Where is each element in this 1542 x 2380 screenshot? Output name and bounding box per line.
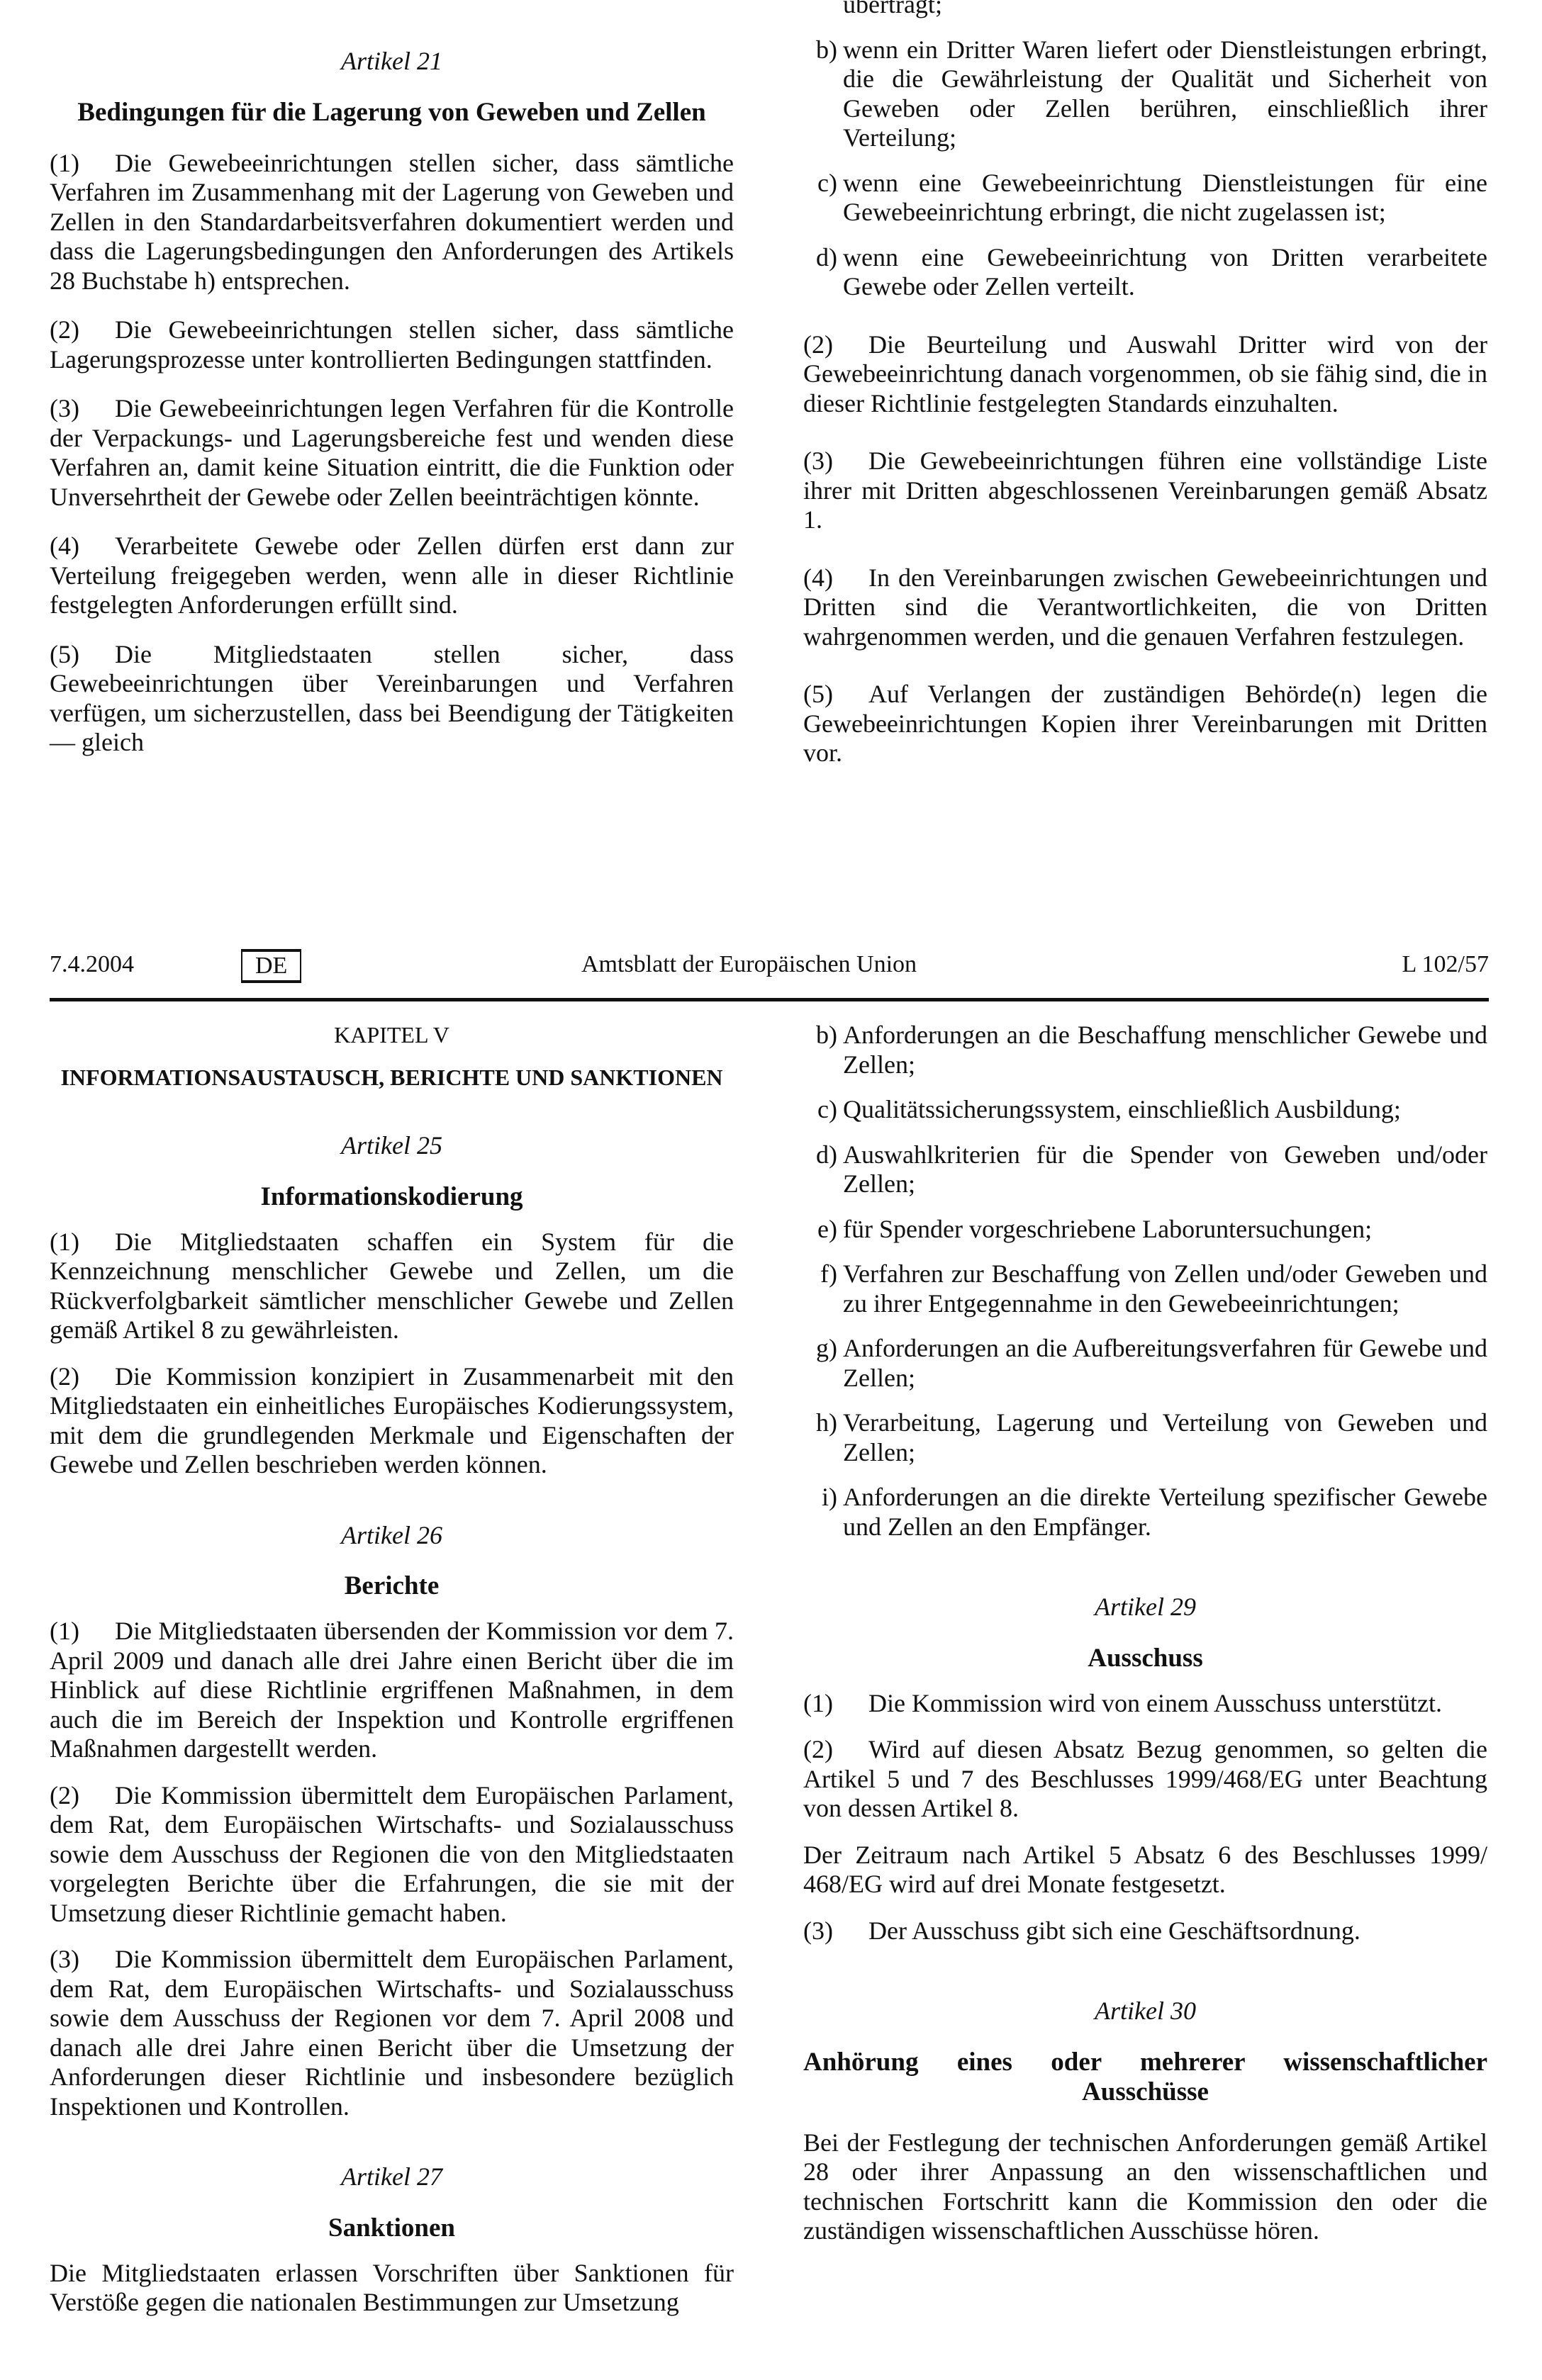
article-25-label: Artikel 25 [50, 1131, 734, 1161]
bottom-left-column: KAPITEL V INFORMATIONSAUSTAUSCH, BERICHT… [50, 1021, 734, 2318]
paragraph: Die Mitgliedstaaten erlassen Vorschrifte… [50, 2259, 734, 2318]
article-26-label: Artikel 26 [50, 1521, 734, 1551]
article-21-title: Bedingungen für die Lagerung von Geweben… [50, 98, 734, 128]
article-25-title: Informationskodierung [50, 1182, 734, 1212]
article-26-title: Berichte [50, 1571, 734, 1601]
paragraph: (1)Die Mitgliedstaaten schaffen ein Syst… [50, 1228, 734, 1345]
chapter-title: INFORMATIONSAUSTAUSCH, BERICHTE UND SANK… [50, 1063, 734, 1091]
top-left-column: Artikel 21 Bedingungen für die Lagerung … [50, 47, 734, 758]
article-27-title: Sanktionen [50, 2213, 734, 2243]
list-item: i)Anforderungen an die direkte Verteilun… [803, 1483, 1487, 1542]
paragraph: (5)Auf Verlangen der zuständigen Behörde… [803, 680, 1487, 768]
paragraph: Bei der Festlegung der technischen Anfor… [803, 2128, 1487, 2246]
paragraph: (4)Verarbeitete Gewebe oder Zellen dürfe… [50, 532, 734, 620]
paragraph: (3)Die Gewebeeinrichtungen führen eine v… [803, 447, 1487, 535]
paragraph: (5)Die Mitgliedstaaten stellen sicher, d… [50, 640, 734, 758]
article-29-title: Ausschuss [803, 1644, 1487, 1673]
list-item: c)wenn eine Gewebeeinrichtung Dienstleis… [803, 169, 1487, 228]
list-item: d)Auswahlkriterien für die Spender von G… [803, 1140, 1487, 1199]
paragraph: (2)Die Beurteilung und Auswahl Dritter w… [803, 330, 1487, 419]
list-item: g)Anforderungen an die Aufbereitungsverf… [803, 1334, 1487, 1393]
journal-title: Amtsblatt der Europäischen Union [581, 946, 917, 983]
list-item: c)Qualitätssicherungssystem, einschließl… [803, 1095, 1487, 1125]
list-item: d)wenn eine Gewebeeinrichtung von Dritte… [803, 243, 1487, 302]
paragraph: (2)Die Kommission übermittelt dem Europä… [50, 1781, 734, 1929]
paragraph: (2)Die Gewebeeinrichtungen stellen siche… [50, 315, 734, 374]
continuation-text: überträgt; [803, 0, 1487, 20]
page-reference: L 102/57 [1402, 946, 1489, 983]
list-item: f)Verfahren zur Beschaffung von Zellen u… [803, 1259, 1487, 1318]
article-30-label: Artikel 30 [803, 1997, 1487, 2026]
paragraph: (3)Der Ausschuss gibt sich eine Geschäft… [803, 1916, 1487, 1946]
issue-date: 7.4.2004 [50, 946, 134, 983]
article-21-label: Artikel 21 [50, 47, 734, 77]
paragraph: Der Zeitraum nach Artikel 5 Absatz 6 des… [803, 1841, 1487, 1899]
language-badge: DE [241, 949, 301, 983]
page-header: 7.4.2004 DE Amtsblatt der Europäischen U… [50, 946, 1489, 983]
list-item: b)wenn ein Dritter Waren liefert oder Di… [803, 35, 1487, 153]
paragraph: (4)In den Vereinbarungen zwischen Gewebe… [803, 563, 1487, 652]
paragraph: (2)Die Kommission konzipiert in Zusammen… [50, 1362, 734, 1480]
paragraph: (1)Die Kommission wird von einem Ausschu… [803, 1689, 1487, 1719]
article-29-label: Artikel 29 [803, 1593, 1487, 1622]
paragraph: (3)Die Gewebeeinrichtungen legen Verfahr… [50, 394, 734, 512]
header-rule [50, 998, 1489, 1001]
bottom-right-column: b)Anforderungen an die Beschaffung mensc… [803, 1021, 1487, 2246]
paragraph: (3)Die Kommission übermittelt dem Europä… [50, 1945, 734, 2121]
article-30-title: Anhörung eines oder mehrerer wissenschaf… [803, 2048, 1487, 2107]
list-item: e)für Spender vorgeschriebene Laborunter… [803, 1215, 1487, 1245]
paragraph: (2)Wird auf diesen Absatz Bezug genommen… [803, 1735, 1487, 1824]
top-right-column: überträgt; b)wenn ein Dritter Waren lief… [803, 0, 1487, 768]
list-item: h)Verarbeitung, Lagerung und Verteilung … [803, 1408, 1487, 1467]
paragraph: (1)Die Gewebeeinrichtungen stellen siche… [50, 149, 734, 296]
paragraph: (1)Die Mitgliedstaaten übersenden der Ko… [50, 1617, 734, 1764]
list-item: b)Anforderungen an die Beschaffung mensc… [803, 1021, 1487, 1079]
article-27-label: Artikel 27 [50, 2162, 734, 2192]
chapter-label: KAPITEL V [50, 1021, 734, 1049]
